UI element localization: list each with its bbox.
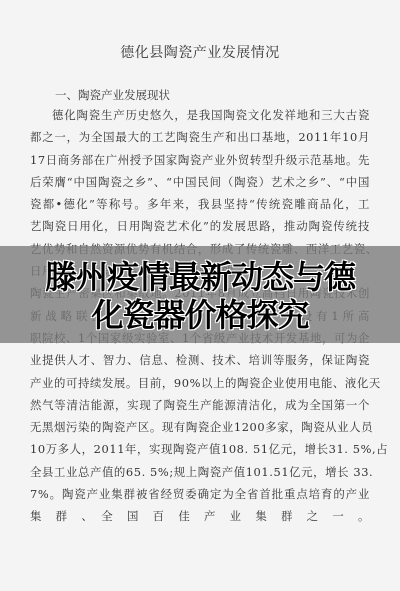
body-line: 无黑烟污染的陶瓷产区。现有陶瓷企业1200多家，陶瓷从业人员 (30, 416, 370, 438)
body-line: 集 群 、 全 国 百 佳 产 业 集 群 之 一 。 (30, 505, 370, 527)
overlay-headline: 滕州疫情最新动态与德 化瓷器价格探究 (0, 258, 400, 334)
section-heading: 一、陶瓷产业发展现状 (55, 87, 170, 103)
body-line: 都之一，为全国最大的工艺陶瓷生产和出口基地，2011年10月 (30, 126, 370, 148)
overlay-headline-line1: 滕州疫情最新动态与德 (0, 258, 400, 296)
body-line: 17日商务部在广州授予国家陶瓷产业外贸转型升级示范基地。先 (30, 149, 370, 171)
body-line: 业提供人才、智力、信息、检测、技术、培训等服务，保证陶瓷 (30, 349, 370, 371)
body-line: 7%。陶瓷产业集群被省经贸委确定为全省首批重点培育的产业 (30, 483, 370, 505)
body-line: 然气等清洁能源，实现了陶瓷生产能源清洁化，成为全国第一个 (30, 394, 370, 416)
body-line: 德化陶瓷生产历史悠久，是我国陶瓷文化发祥地和三大古瓷 (30, 104, 370, 126)
body-line: 瓷都•德化”等称号。多年来，我县坚持“传统瓷雕商品化，工 (30, 193, 370, 215)
body-line: 10万多人，2011年，实现陶瓷产值108. 51亿元，增长31. 5%,占 (30, 438, 370, 460)
body-line: 产业的可持续发展。目前，90%以上的陶瓷企业使用电能、液化天 (30, 372, 370, 394)
overlay-headline-line2: 化瓷器价格探究 (0, 296, 400, 334)
document-title: 德化县陶瓷产业发展情况 (0, 42, 400, 62)
body-line: 后荣膺“中国陶瓷之乡”、“中国民间（陶瓷）艺术之乡”、“中国 (30, 171, 370, 193)
body-line: 艺陶瓷日用化，日用陶瓷艺术化”的发展思路，推动陶瓷传统技 (30, 215, 370, 237)
body-line: 全县工业总产值的65. 5%;规上陶瓷产值101.51亿元，增长 33. (30, 461, 370, 483)
